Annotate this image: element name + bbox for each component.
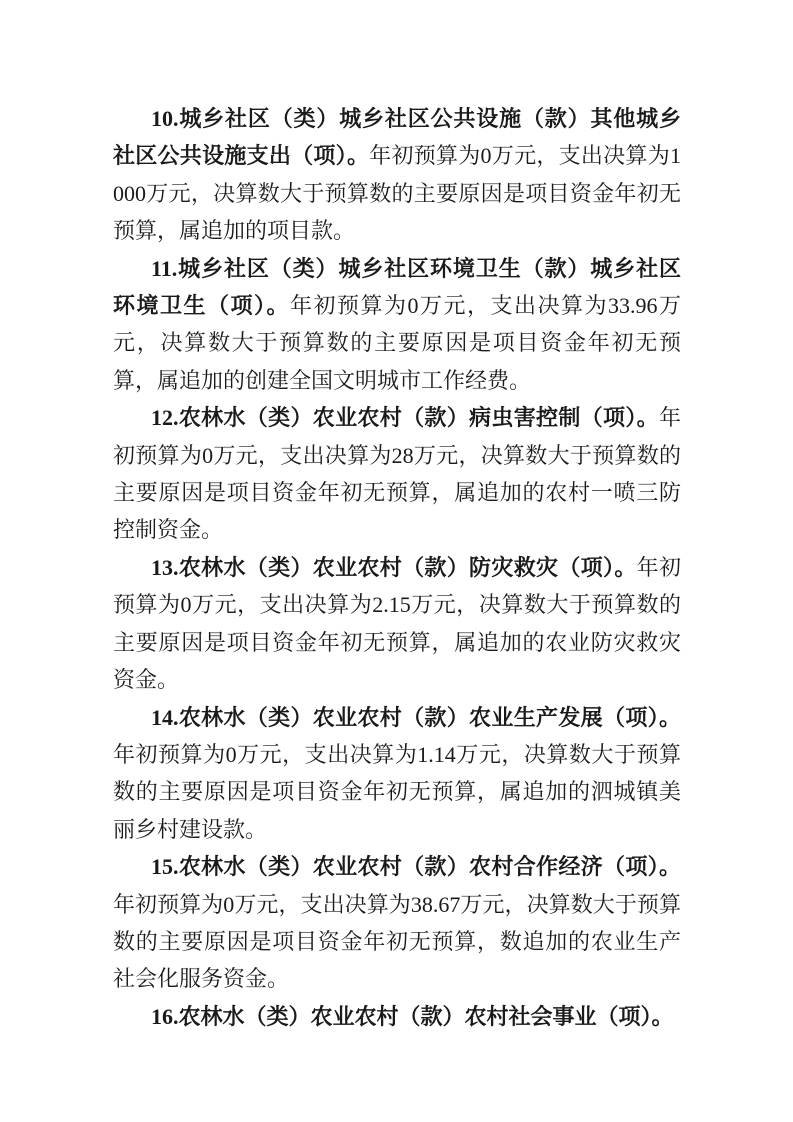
paragraph-heading: 15.农林水（类）农业农村（款）农村合作经济（项）。 bbox=[151, 854, 681, 879]
paragraph-13: 13.农林水（类）农业农村（款）防灾救灾（项）。年初预算为0万元，支出决算为2.… bbox=[113, 549, 681, 699]
paragraph-heading: 14.农林水（类）农业农村（款）农业生产发展（项）。 bbox=[151, 705, 681, 730]
paragraph-body: 年初预算为0万元，支出决算为1.14万元，决算数大于预算数的主要原因是项目资金年… bbox=[113, 742, 681, 842]
paragraph-heading: 16.农林水（类）农业农村（款）农村社会事业（项）。 bbox=[151, 1004, 674, 1029]
paragraph-heading: 13.农林水（类）农业农村（款）防灾救灾（项）。 bbox=[151, 555, 637, 580]
paragraph-14: 14.农林水（类）农业农村（款）农业生产发展（项）。年初预算为0万元，支出决算为… bbox=[113, 699, 681, 849]
paragraph-16: 16.农林水（类）农业农村（款）农村社会事业（项）。 bbox=[113, 998, 681, 1035]
paragraph-11: 11.城乡社区（类）城乡社区环境卫生（款）城乡社区环境卫生（项）。年初预算为0万… bbox=[113, 250, 681, 400]
paragraph-body: 年初预算为0万元，支出决算为38.67万元，决算数大于预算数的主要原因是项目资金… bbox=[113, 892, 681, 992]
document-page: 10.城乡社区（类）城乡社区公共设施（款）其他城乡社区公共设施支出（项）。年初预… bbox=[0, 0, 793, 1122]
paragraph-15: 15.农林水（类）农业农村（款）农村合作经济（项）。年初预算为0万元，支出决算为… bbox=[113, 848, 681, 998]
paragraph-heading: 12.农林水（类）农业农村（款）病虫害控制（项）。 bbox=[151, 405, 659, 430]
document-body: 10.城乡社区（类）城乡社区公共设施（款）其他城乡社区公共设施支出（项）。年初预… bbox=[113, 100, 681, 1035]
paragraph-12: 12.农林水（类）农业农村（款）病虫害控制（项）。年初预算为0万元，支出决算为2… bbox=[113, 399, 681, 549]
paragraph-10: 10.城乡社区（类）城乡社区公共设施（款）其他城乡社区公共设施支出（项）。年初预… bbox=[113, 100, 681, 250]
